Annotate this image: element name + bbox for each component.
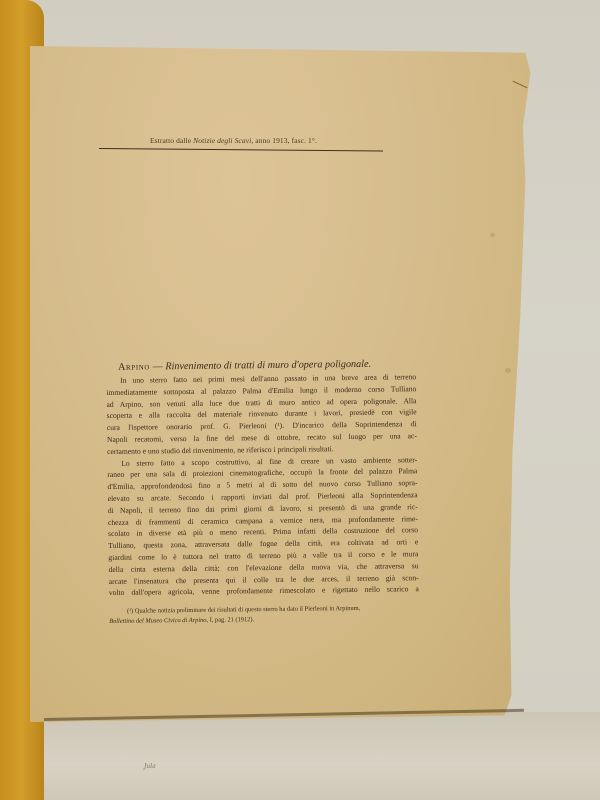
paragraph-1: In uno sterro fatto nei primi mesi dell'… (106, 371, 417, 457)
paragraph-2: Lo sterro fatto a scopo costruttivo, al … (107, 454, 419, 599)
title-place: Arpino (118, 361, 150, 372)
header-suffix: , anno 1913, fasc. 1°. (251, 136, 317, 145)
footnote: (¹) Qualche notizia preliminare dei risu… (109, 603, 419, 627)
table-surface (0, 712, 600, 800)
footnote-citation-rest: , I, pag. 21 (1912). (206, 616, 254, 624)
title-dash: — (150, 361, 165, 372)
paper-stain (490, 233, 495, 237)
text-line: volto dall'opera agricola, venne profond… (109, 584, 419, 600)
header-journal: Notizie degli Scavi (193, 136, 251, 145)
title-subtitle: Rinvenimento di tratti di muro d'opera p… (165, 359, 371, 373)
footnote-citation: Bollettino del Museo Civico di Arpino (109, 617, 206, 625)
article-title: Arpino — Rinvenimento di tratti di muro … (118, 358, 416, 373)
handwritten-note: Jula (144, 763, 156, 770)
offprint-header: Estratto dalle Notizie degli Scavi, anno… (150, 136, 317, 145)
paper-stain (505, 368, 511, 373)
header-prefix: Estratto dalle (150, 136, 191, 145)
article: Arpino — Rinvenimento di tratti di muro … (106, 358, 419, 627)
